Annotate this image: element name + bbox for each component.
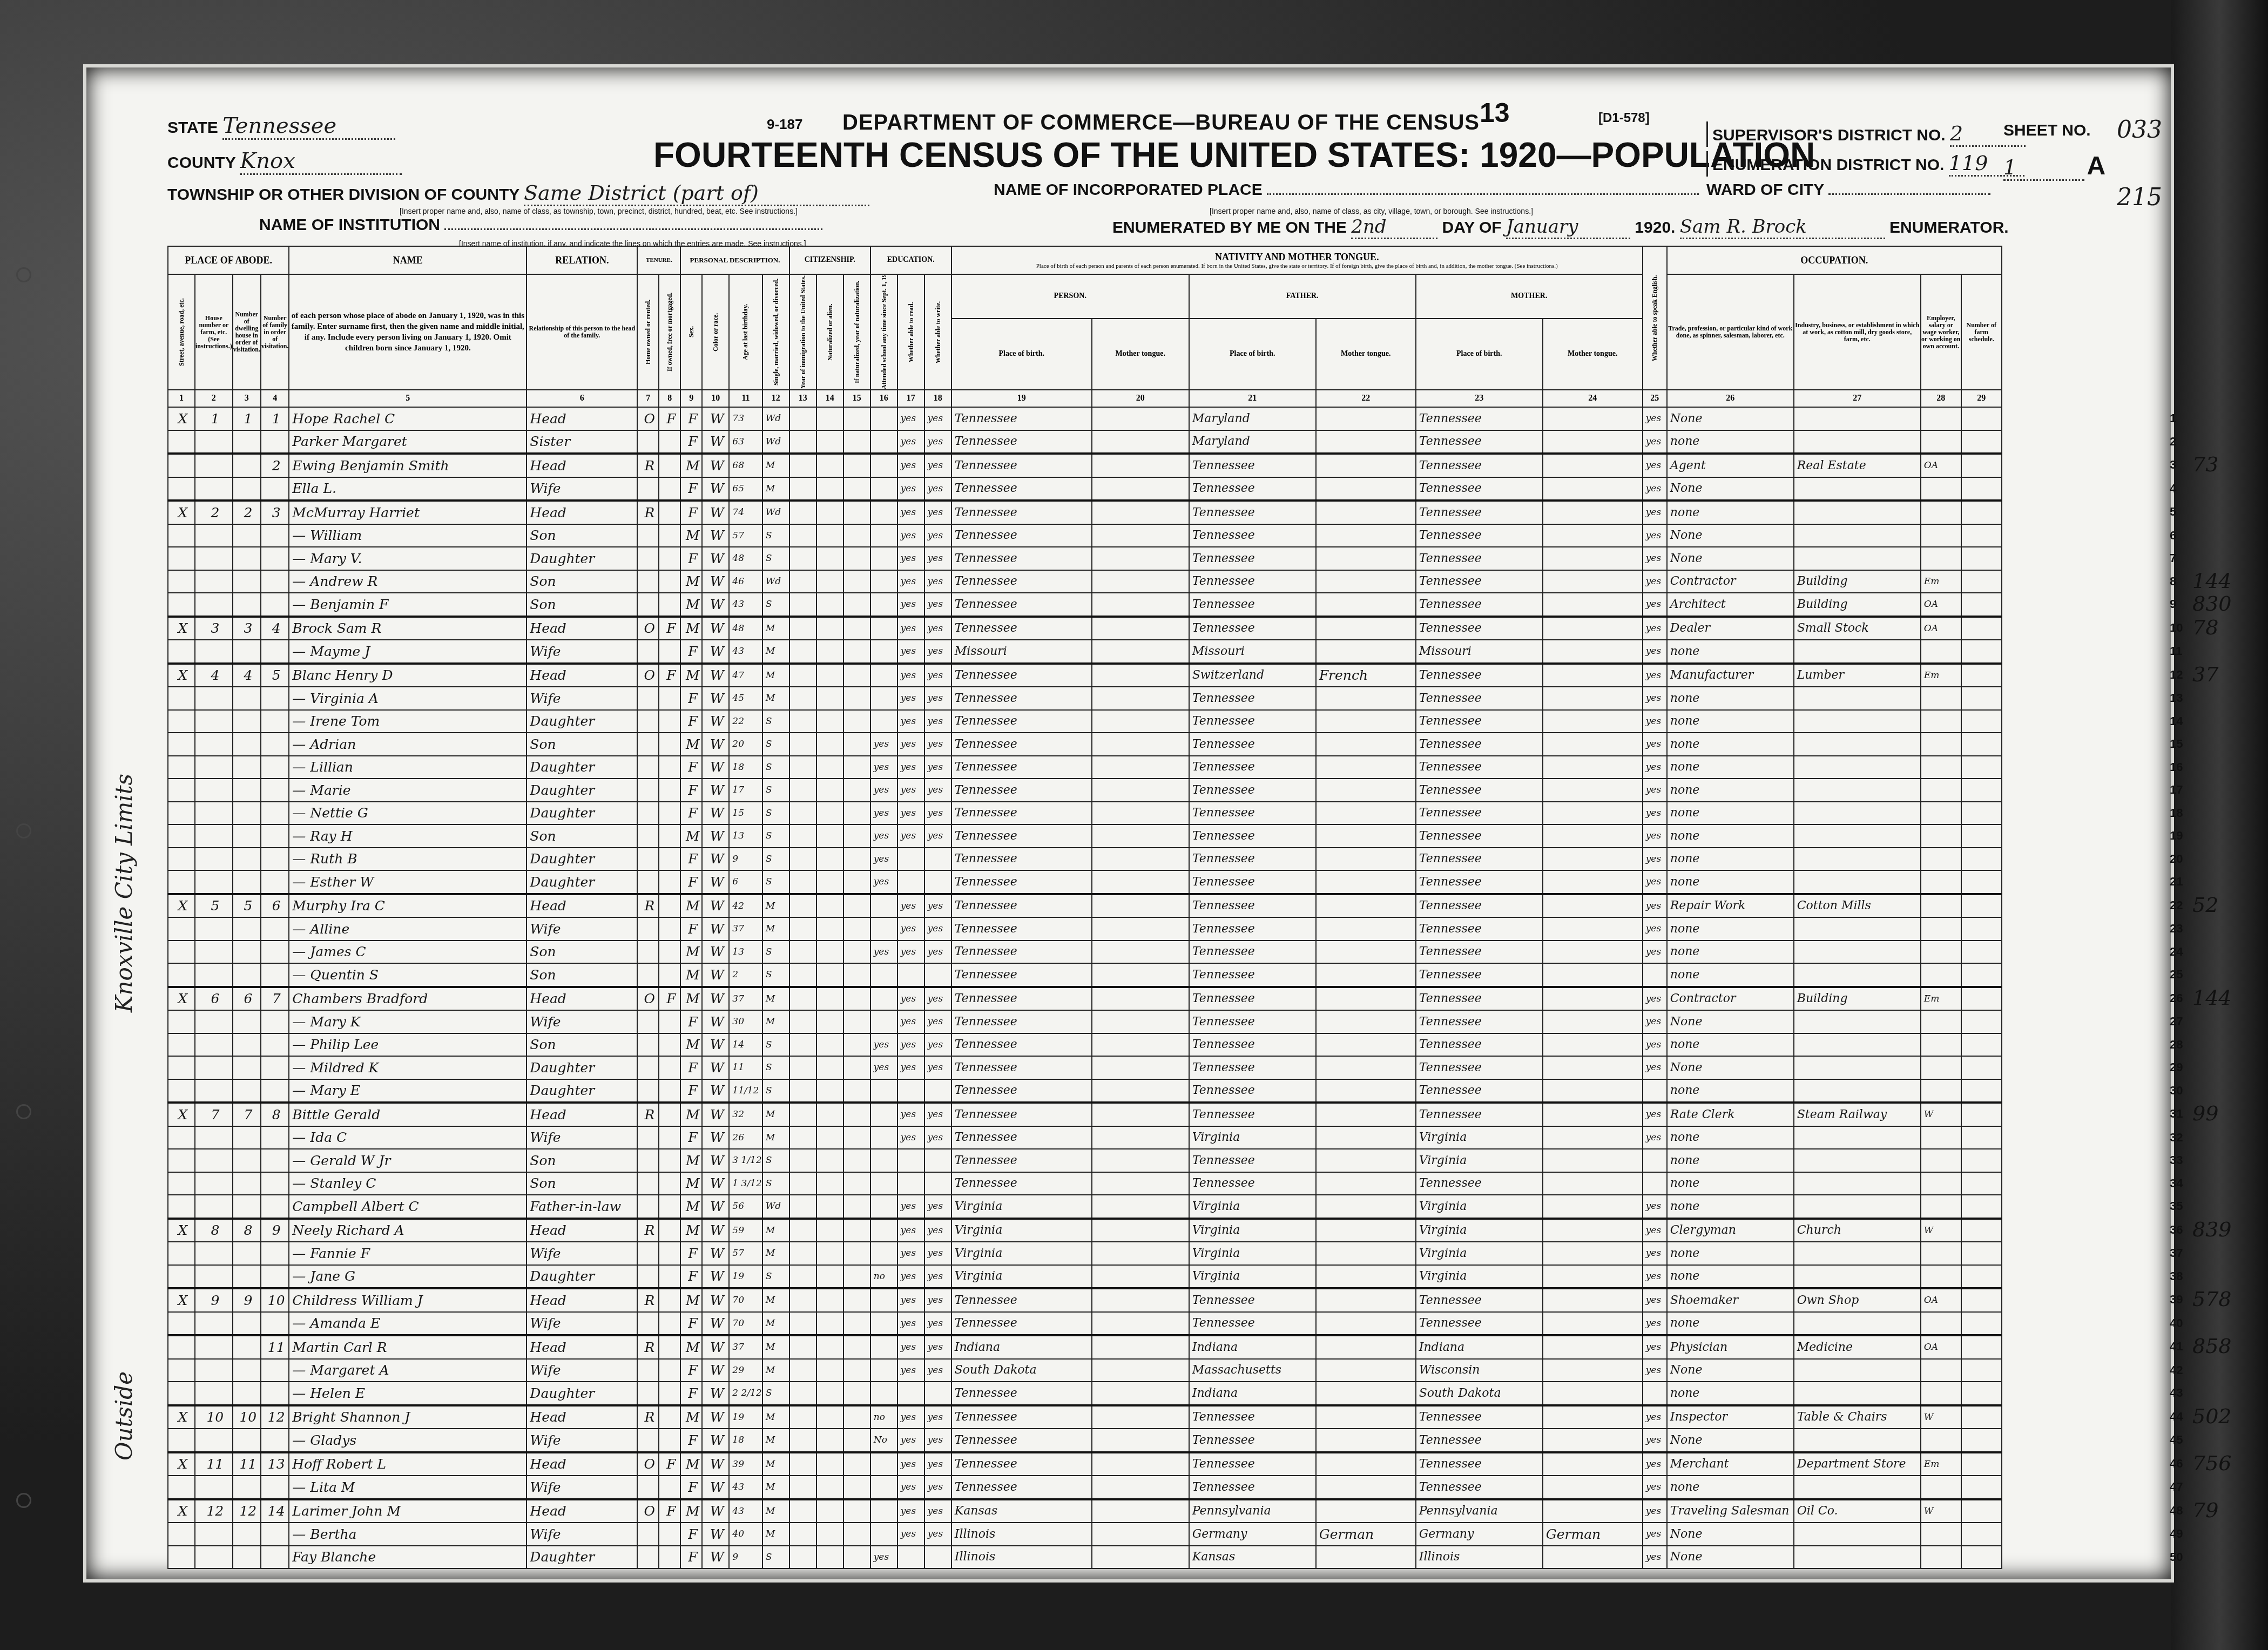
sex-cell: M bbox=[680, 1335, 702, 1359]
family-number-cell bbox=[261, 1126, 289, 1149]
house-number-cell bbox=[195, 1010, 233, 1033]
marital-status-cell: S bbox=[762, 1149, 789, 1172]
write-cell bbox=[924, 963, 951, 987]
age-cell: 45 bbox=[729, 687, 762, 710]
relation-cell: Wife bbox=[526, 917, 637, 941]
line-number: 27 bbox=[2170, 1015, 2183, 1029]
mortgage-cell bbox=[659, 963, 680, 987]
sex-cell: M bbox=[680, 1219, 702, 1242]
family-number-cell: 8 bbox=[261, 1103, 289, 1126]
trade-cell: none bbox=[1667, 1195, 1794, 1219]
line-number: 7 bbox=[2170, 551, 2176, 565]
column-number: 9 bbox=[680, 390, 702, 407]
read-cell bbox=[897, 963, 924, 987]
table-row: X9910Childress William JHeadRMW70Myesyes… bbox=[168, 1288, 2002, 1312]
school-cell bbox=[870, 1242, 897, 1265]
street-cell: X bbox=[168, 1405, 195, 1429]
trade-cell: none bbox=[1667, 1149, 1794, 1172]
speaks-english-cell: yes bbox=[1643, 1219, 1667, 1242]
mother-birthplace-cell: Tennessee bbox=[1416, 1079, 1543, 1103]
marital-status-cell: S bbox=[762, 756, 789, 779]
trade-cell: none bbox=[1667, 1265, 1794, 1289]
tenure-cell bbox=[637, 917, 659, 941]
citizenship-cell bbox=[843, 1172, 870, 1195]
race-cell: W bbox=[702, 779, 729, 802]
father-tongue-cell bbox=[1316, 1056, 1416, 1079]
sex-cell: F bbox=[680, 1429, 702, 1452]
father-tongue-cell bbox=[1316, 779, 1416, 802]
age-cell: 70 bbox=[729, 1312, 762, 1336]
write-cell: yes bbox=[924, 1429, 951, 1452]
race-cell: W bbox=[702, 1056, 729, 1079]
family-number-cell: 6 bbox=[261, 894, 289, 918]
mother-tongue-cell bbox=[1092, 547, 1189, 570]
school-cell: yes bbox=[870, 941, 897, 964]
trade-cell: None bbox=[1667, 1056, 1794, 1079]
trade-cell: none bbox=[1667, 430, 1794, 454]
read-cell: yes bbox=[897, 802, 924, 825]
mortgage-cell: F bbox=[659, 1499, 680, 1523]
street-cell bbox=[168, 1312, 195, 1336]
marital-status-cell: M bbox=[762, 1523, 789, 1546]
worker-class-cell bbox=[1921, 1126, 1961, 1149]
speaks-english-cell: yes bbox=[1643, 1499, 1667, 1523]
house-number-cell: 11 bbox=[195, 1452, 233, 1476]
sex-cell: F bbox=[680, 1523, 702, 1546]
read-cell: yes bbox=[897, 1126, 924, 1149]
worker-class-cell bbox=[1921, 870, 1961, 894]
age-cell: 59 bbox=[729, 1219, 762, 1242]
marital-status-cell: M bbox=[762, 617, 789, 640]
dwelling-number-cell bbox=[233, 1033, 261, 1057]
ward-field: WARD OF CITY bbox=[1706, 181, 1990, 199]
school-cell bbox=[870, 407, 897, 430]
dwelling-number-cell: 11 bbox=[233, 1452, 261, 1476]
citizenship-cell bbox=[843, 687, 870, 710]
marital-status-cell: M bbox=[762, 1288, 789, 1312]
tenure-cell bbox=[637, 640, 659, 664]
school-cell: no bbox=[870, 1405, 897, 1429]
mother-tongue-cell bbox=[1092, 1546, 1189, 1569]
trade-cell: none bbox=[1667, 756, 1794, 779]
industry-cell bbox=[1794, 1312, 1921, 1336]
school-cell: yes bbox=[870, 733, 897, 756]
age-cell: 65 bbox=[729, 477, 762, 501]
mother-tongue-cell bbox=[1092, 848, 1189, 871]
read-cell: yes bbox=[897, 617, 924, 640]
read-cell: yes bbox=[897, 1033, 924, 1057]
citizenship-cell bbox=[789, 1033, 816, 1057]
age-cell: 3 1/12 bbox=[729, 1149, 762, 1172]
father-tongue-cell bbox=[1316, 1335, 1416, 1359]
street-cell bbox=[168, 1126, 195, 1149]
birthplace-cell: Tennessee bbox=[951, 1033, 1092, 1057]
citizenship-cell bbox=[843, 894, 870, 918]
citizenship-cell bbox=[789, 1523, 816, 1546]
table-row: X778Bittle GeraldHeadRMW32MyesyesTenness… bbox=[168, 1103, 2002, 1126]
worker-class-cell bbox=[1921, 1382, 1961, 1405]
age-cell: 56 bbox=[729, 1195, 762, 1219]
citizenship-cell bbox=[789, 987, 816, 1011]
race-cell: W bbox=[702, 664, 729, 687]
farm-schedule-cell bbox=[1961, 756, 2002, 779]
worker-class-cell: OA bbox=[1921, 1288, 1961, 1312]
race-cell: W bbox=[702, 1126, 729, 1149]
family-number-cell bbox=[261, 1242, 289, 1265]
mortgage-cell bbox=[659, 1010, 680, 1033]
write-cell: yes bbox=[924, 1405, 951, 1429]
father-birthplace-cell: Tennessee bbox=[1189, 1476, 1316, 1499]
table-row: — Irene TomDaughterFW22SyesyesTennesseeT… bbox=[168, 710, 2002, 733]
age-cell: 32 bbox=[729, 1103, 762, 1126]
citizenship-cell bbox=[843, 941, 870, 964]
write-cell: yes bbox=[924, 779, 951, 802]
relation-cell: Son bbox=[526, 733, 637, 756]
citizenship-cell bbox=[789, 802, 816, 825]
worker-class-cell bbox=[1921, 1312, 1961, 1336]
farm-schedule-cell bbox=[1961, 1126, 2002, 1149]
tenure-cell: O bbox=[637, 664, 659, 687]
relation-cell: Head bbox=[526, 1335, 637, 1359]
name-cell: Ella L. bbox=[289, 477, 526, 501]
citizenship-cell bbox=[843, 1359, 870, 1382]
state-field: STATE Tennessee bbox=[167, 113, 395, 140]
speaks-english-cell: yes bbox=[1643, 1405, 1667, 1429]
birthplace-cell: Tennessee bbox=[951, 1056, 1092, 1079]
sex-cell: F bbox=[680, 1126, 702, 1149]
citizenship-cell bbox=[843, 1546, 870, 1569]
margin-annotation: 756 bbox=[2192, 1451, 2232, 1475]
margin-annotation: 839 bbox=[2192, 1218, 2232, 1241]
race-cell: W bbox=[702, 501, 729, 524]
worker-class-cell bbox=[1921, 802, 1961, 825]
age-cell: 18 bbox=[729, 1429, 762, 1452]
citizenship-cell bbox=[843, 593, 870, 617]
read-cell: yes bbox=[897, 593, 924, 617]
enumerator-signature: Sam R. Brock bbox=[1680, 216, 1885, 239]
mother-tongue-cell bbox=[1092, 1359, 1189, 1382]
marital-status-cell: S bbox=[762, 1546, 789, 1569]
write-cell: yes bbox=[924, 617, 951, 640]
citizenship-cell bbox=[789, 593, 816, 617]
race-cell: W bbox=[702, 1149, 729, 1172]
relation-cell: Head bbox=[526, 1452, 637, 1476]
mother-tongue-cell bbox=[1543, 1335, 1643, 1359]
relation-cell: Wife bbox=[526, 1242, 637, 1265]
write-cell: yes bbox=[924, 1195, 951, 1219]
citizenship-cell bbox=[816, 941, 843, 964]
school-cell bbox=[870, 501, 897, 524]
mother-tongue-cell bbox=[1543, 687, 1643, 710]
enumeration-district-field: ENUMERATION DISTRICT NO. 119 bbox=[1706, 151, 2024, 177]
dwelling-number-cell bbox=[233, 687, 261, 710]
industry-cell: Medicine bbox=[1794, 1335, 1921, 1359]
father-tongue-cell bbox=[1316, 987, 1416, 1011]
father-birthplace-cell: Indiana bbox=[1189, 1382, 1316, 1405]
street-cell bbox=[168, 1172, 195, 1195]
mother-tongue-cell bbox=[1092, 1452, 1189, 1476]
line-number: 30 bbox=[2170, 1084, 2183, 1098]
dwelling-number-cell bbox=[233, 1056, 261, 1079]
mother-tongue-cell bbox=[1543, 1103, 1643, 1126]
sex-cell: F bbox=[680, 547, 702, 570]
write-cell: yes bbox=[924, 1056, 951, 1079]
sex-cell: F bbox=[680, 1242, 702, 1265]
father-tongue-cell bbox=[1316, 430, 1416, 454]
age-cell: 40 bbox=[729, 1523, 762, 1546]
street-cell bbox=[168, 710, 195, 733]
race-cell: W bbox=[702, 1546, 729, 1569]
race-cell: W bbox=[702, 687, 729, 710]
line-number: 43 bbox=[2170, 1386, 2183, 1400]
speaks-english-cell: yes bbox=[1643, 1010, 1667, 1033]
street-cell: X bbox=[168, 407, 195, 430]
read-cell: yes bbox=[897, 454, 924, 477]
mother-birthplace-cell: Virginia bbox=[1416, 1149, 1543, 1172]
speaks-english-cell: yes bbox=[1643, 1126, 1667, 1149]
relation-cell: Wife bbox=[526, 1126, 637, 1149]
dwelling-number-cell: 5 bbox=[233, 894, 261, 918]
father-tongue-cell bbox=[1316, 1499, 1416, 1523]
tenure-cell bbox=[637, 1476, 659, 1499]
group-name: NAME bbox=[289, 246, 526, 274]
sex-cell: F bbox=[680, 1056, 702, 1079]
street-cell bbox=[168, 1429, 195, 1452]
birthplace-cell: Tennessee bbox=[951, 1312, 1092, 1336]
mother-tongue-cell bbox=[1543, 779, 1643, 802]
marital-status-cell: S bbox=[762, 779, 789, 802]
line-number: 42 bbox=[2170, 1363, 2183, 1377]
trade-cell: none bbox=[1667, 1172, 1794, 1195]
citizenship-cell bbox=[843, 917, 870, 941]
mother-tongue-cell bbox=[1543, 802, 1643, 825]
sex-cell: F bbox=[680, 1312, 702, 1336]
table-row: X889Neely Richard AHeadRMW59MyesyesVirgi… bbox=[168, 1219, 2002, 1242]
margin-annotation: 858 bbox=[2192, 1334, 2232, 1358]
birthplace-cell: Tennessee bbox=[951, 917, 1092, 941]
industry-cell bbox=[1794, 870, 1921, 894]
birthplace-cell: Indiana bbox=[951, 1335, 1092, 1359]
sex-cell: F bbox=[680, 1265, 702, 1289]
citizenship-cell bbox=[789, 1126, 816, 1149]
school-cell bbox=[870, 987, 897, 1011]
tenure-cell: O bbox=[637, 1452, 659, 1476]
father-tongue-cell bbox=[1316, 640, 1416, 664]
race-cell: W bbox=[702, 987, 729, 1011]
farm-schedule-cell bbox=[1961, 501, 2002, 524]
table-row: — Gerald W JrSonMW3 1/12STennesseeTennes… bbox=[168, 1149, 2002, 1172]
relation-cell: Head bbox=[526, 407, 637, 430]
father-birthplace-cell: Tennessee bbox=[1189, 824, 1316, 848]
father-tongue-cell bbox=[1316, 1288, 1416, 1312]
line-number: 40 bbox=[2170, 1316, 2183, 1330]
column-number: 4 bbox=[261, 390, 289, 407]
mother-tongue-cell bbox=[1092, 1429, 1189, 1452]
mother-birthplace-cell: Tennessee bbox=[1416, 1010, 1543, 1033]
write-cell: yes bbox=[924, 733, 951, 756]
worker-class-cell: Em bbox=[1921, 1452, 1961, 1476]
citizenship-cell bbox=[843, 733, 870, 756]
line-number: 9 bbox=[2170, 597, 2176, 611]
family-number-cell bbox=[261, 524, 289, 547]
table-row: — Mildred KDaughterFW11SyesyesyesTenness… bbox=[168, 1056, 2002, 1079]
write-cell: yes bbox=[924, 1523, 951, 1546]
dwelling-number-cell bbox=[233, 941, 261, 964]
mother-birthplace-cell: Tennessee bbox=[1416, 664, 1543, 687]
speaks-english-cell: yes bbox=[1643, 454, 1667, 477]
house-number-cell bbox=[195, 1523, 233, 1546]
trade-cell: none bbox=[1667, 1033, 1794, 1057]
relation-cell: Wife bbox=[526, 1010, 637, 1033]
speaks-english-cell: yes bbox=[1643, 917, 1667, 941]
tenure-cell bbox=[637, 547, 659, 570]
table-row: — Quentin SSonMW2STennesseeTennesseeTenn… bbox=[168, 963, 2002, 987]
mortgage-cell bbox=[659, 593, 680, 617]
citizenship-cell bbox=[843, 501, 870, 524]
worker-class-cell bbox=[1921, 1149, 1961, 1172]
line-number: 16 bbox=[2170, 760, 2183, 774]
age-cell: 48 bbox=[729, 617, 762, 640]
tenure-cell: R bbox=[637, 1103, 659, 1126]
col-28-header: Employer, salary or wage worker, or work… bbox=[1921, 274, 1961, 390]
race-cell: W bbox=[702, 1172, 729, 1195]
col-18-header: Whether able to write. bbox=[924, 274, 951, 390]
dwelling-number-cell bbox=[233, 1359, 261, 1382]
mother-birthplace-cell: Tennessee bbox=[1416, 824, 1543, 848]
industry-cell bbox=[1794, 1429, 1921, 1452]
mortgage-cell bbox=[659, 501, 680, 524]
speaks-english-cell bbox=[1643, 963, 1667, 987]
supervisor-label: SUPERVISOR'S DISTRICT NO. bbox=[1712, 126, 1946, 144]
mother-tongue-cell bbox=[1543, 1499, 1643, 1523]
write-cell bbox=[924, 1172, 951, 1195]
sex-cell: F bbox=[680, 430, 702, 454]
citizenship-cell bbox=[816, 870, 843, 894]
street-cell: X bbox=[168, 501, 195, 524]
farm-schedule-cell bbox=[1961, 524, 2002, 547]
race-cell: W bbox=[702, 733, 729, 756]
farm-schedule-cell bbox=[1961, 1265, 2002, 1289]
read-cell bbox=[897, 1149, 924, 1172]
mother-tongue-cell bbox=[1543, 894, 1643, 918]
mother-tongue-cell bbox=[1092, 802, 1189, 825]
house-number-cell: 2 bbox=[195, 501, 233, 524]
birthplace-cell: Tennessee bbox=[951, 1429, 1092, 1452]
citizenship-cell bbox=[789, 570, 816, 593]
dwelling-number-cell bbox=[233, 733, 261, 756]
age-cell: 2 2/12 bbox=[729, 1382, 762, 1405]
name-cell: — Lita M bbox=[289, 1476, 526, 1499]
table-row: — Amanda EWifeFW70MyesyesTennesseeTennes… bbox=[168, 1312, 2002, 1336]
tenure-cell bbox=[637, 1265, 659, 1289]
citizenship-cell bbox=[843, 779, 870, 802]
race-cell: W bbox=[702, 524, 729, 547]
relation-cell: Head bbox=[526, 454, 637, 477]
col-24-header: Mother tongue. bbox=[1543, 319, 1643, 390]
name-cell: Bright Shannon J bbox=[289, 1405, 526, 1429]
col-14-header: Naturalized or alien. bbox=[816, 274, 843, 390]
marital-status-cell: S bbox=[762, 710, 789, 733]
age-cell: 37 bbox=[729, 1335, 762, 1359]
col-5-header: of each person whose place of abode on J… bbox=[289, 274, 526, 390]
read-cell: yes bbox=[897, 756, 924, 779]
street-cell bbox=[168, 917, 195, 941]
family-number-cell bbox=[261, 1079, 289, 1103]
form-code: [D1-578] bbox=[1598, 111, 1650, 126]
mother-birthplace-cell: Pennsylvania bbox=[1416, 1499, 1543, 1523]
family-number-cell: 10 bbox=[261, 1288, 289, 1312]
dwelling-number-cell bbox=[233, 1429, 261, 1452]
trade-cell: none bbox=[1667, 1382, 1794, 1405]
state-label: STATE bbox=[167, 119, 218, 137]
relation-cell: Wife bbox=[526, 1476, 637, 1499]
read-cell: yes bbox=[897, 1103, 924, 1126]
relation-cell: Daughter bbox=[526, 1265, 637, 1289]
mother-tongue-cell bbox=[1092, 1312, 1189, 1336]
institution-value bbox=[444, 228, 822, 230]
relation-cell: Daughter bbox=[526, 1382, 637, 1405]
relation-cell: Wife bbox=[526, 1312, 637, 1336]
speaks-english-cell: yes bbox=[1643, 824, 1667, 848]
birthplace-cell: Tennessee bbox=[951, 1476, 1092, 1499]
name-cell: Parker Margaret bbox=[289, 430, 526, 454]
farm-schedule-cell bbox=[1961, 894, 2002, 918]
father-birthplace-cell: Tennessee bbox=[1189, 593, 1316, 617]
relation-cell: Head bbox=[526, 1288, 637, 1312]
col-19-header: Place of birth. bbox=[951, 319, 1092, 390]
father-tongue-cell bbox=[1316, 941, 1416, 964]
sex-cell: F bbox=[680, 802, 702, 825]
citizenship-cell bbox=[789, 1312, 816, 1336]
line-number: 6 bbox=[2170, 529, 2176, 543]
dwelling-number-cell bbox=[233, 710, 261, 733]
house-number-cell bbox=[195, 779, 233, 802]
table-row: — AllineWifeFW37MyesyesTennesseeTennesse… bbox=[168, 917, 2002, 941]
dwelling-number-cell bbox=[233, 1172, 261, 1195]
house-number-cell bbox=[195, 430, 233, 454]
street-cell bbox=[168, 1359, 195, 1382]
marital-status-cell: M bbox=[762, 1429, 789, 1452]
relation-cell: Son bbox=[526, 1149, 637, 1172]
trade-cell: Physician bbox=[1667, 1335, 1794, 1359]
relation-cell: Head bbox=[526, 664, 637, 687]
ward-label: WARD OF CITY bbox=[1706, 181, 1824, 199]
race-cell: W bbox=[702, 407, 729, 430]
family-number-cell bbox=[261, 1172, 289, 1195]
worker-class-cell bbox=[1921, 1546, 1961, 1569]
column-number: 8 bbox=[659, 390, 680, 407]
citizenship-cell bbox=[816, 824, 843, 848]
col-23-header: Place of birth. bbox=[1416, 319, 1543, 390]
birthplace-cell: Tennessee bbox=[951, 501, 1092, 524]
street-cell: X bbox=[168, 1499, 195, 1523]
read-cell: yes bbox=[897, 1499, 924, 1523]
read-cell bbox=[897, 1382, 924, 1405]
citizenship-cell bbox=[789, 1382, 816, 1405]
incorporated-hint: [Insert proper name and, also, name of c… bbox=[1210, 207, 1533, 215]
mother-birthplace-cell: Virginia bbox=[1416, 1195, 1543, 1219]
mortgage-cell bbox=[659, 733, 680, 756]
race-cell: W bbox=[702, 617, 729, 640]
trade-cell: Traveling Salesman bbox=[1667, 1499, 1794, 1523]
read-cell bbox=[897, 848, 924, 871]
citizenship-cell bbox=[816, 917, 843, 941]
name-cell: McMurray Harriet bbox=[289, 501, 526, 524]
line-number: 17 bbox=[2170, 783, 2183, 797]
line-number: 47 bbox=[2170, 1480, 2183, 1494]
margin-annotation: 144 bbox=[2192, 986, 2232, 1010]
street-cell bbox=[168, 477, 195, 501]
